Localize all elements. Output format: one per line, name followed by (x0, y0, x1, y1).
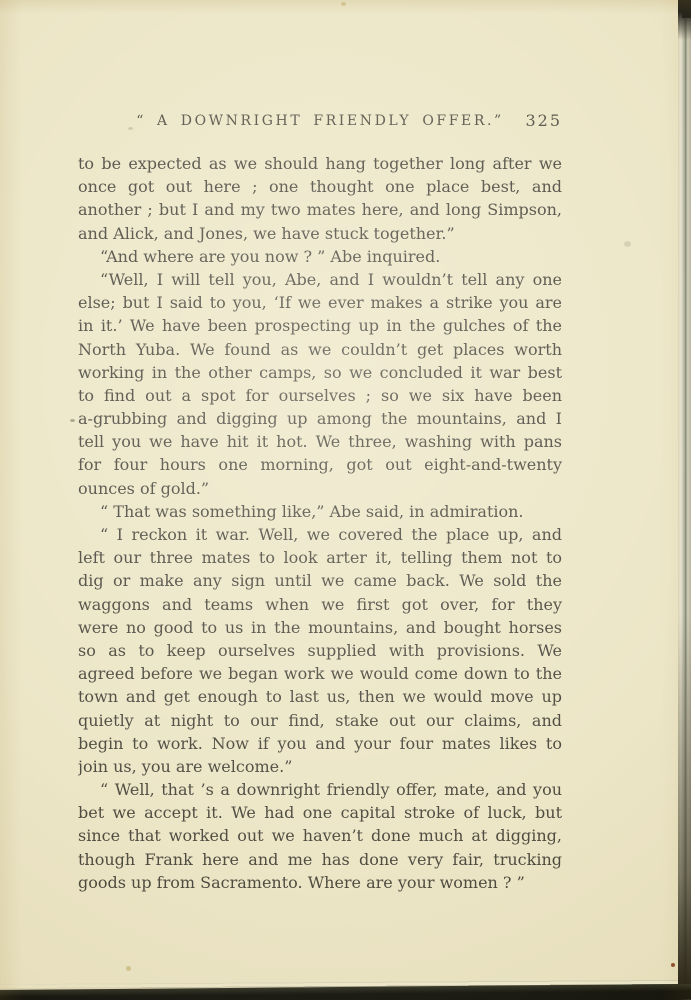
page-body-text: to be expected as we should hang togethe… (78, 152, 562, 894)
header-title: “ A DOWNRIGHT FRIENDLY OFFER.” (78, 110, 562, 132)
text-line: waggons and teams when we first got over… (78, 593, 562, 616)
text-line: once got out here ; one thought one plac… (78, 175, 562, 198)
text-line: in it.’ We have been prospecting up in t… (78, 314, 562, 337)
text-line: bet we accept it. We had one capital str… (78, 801, 562, 824)
text-line: dig or make any sign until we came back.… (78, 569, 562, 592)
text-line: tell you we have hit it hot. We three, w… (78, 430, 562, 453)
running-header: “ A DOWNRIGHT FRIENDLY OFFER.” 325 (78, 110, 562, 132)
book-page-scan: “ A DOWNRIGHT FRIENDLY OFFER.” 325 to be… (0, 0, 691, 1000)
text-line: working in the other camps, so we conclu… (78, 361, 562, 384)
text-line: a-grubbing and digging up among the moun… (78, 407, 562, 430)
text-line: though Frank here and me has done very f… (78, 848, 562, 871)
text-line: else; but I said to you, ‘If we ever mak… (78, 291, 562, 314)
text-line: “ I reckon it war. Well, we covered the … (78, 523, 562, 546)
text-line: “Well, I will tell you, Abe, and I would… (78, 268, 562, 291)
text-line: agreed before we began work we would com… (78, 662, 562, 685)
paper-speck (671, 963, 675, 967)
text-line: another ; but I and my two mates here, a… (78, 198, 562, 221)
book-fore-edge (678, 0, 691, 992)
text-line: “And where are you now ? ” Abe inquired. (78, 245, 562, 268)
paper-speck (624, 241, 631, 247)
text-line: begin to work. Now if you and your four … (78, 732, 562, 755)
paper-speck (341, 2, 346, 6)
text-line: goods up from Sacramento. Where are your… (78, 871, 562, 894)
page-number: 325 (525, 110, 562, 132)
paper-speck (128, 127, 133, 130)
text-line: join us, you are welcome.” (78, 755, 562, 778)
text-line: North Yuba. We found as we couldn’t get … (78, 338, 562, 361)
text-line: were no good to us in the mountains, and… (78, 616, 562, 639)
text-line: “ That was something like,” Abe said, in… (78, 500, 562, 523)
text-line: “ Well, that ’s a downright friendly off… (78, 778, 562, 801)
text-line: since that worked out we haven’t done mu… (78, 824, 562, 847)
paper-speck (70, 419, 75, 422)
text-line: town and get enough to last us, then we … (78, 685, 562, 708)
text-line: to find out a spot for ourselves ; so we… (78, 384, 562, 407)
text-line: quietly at night to our find, stake out … (78, 709, 562, 732)
text-line: ounces of gold.” (78, 477, 562, 500)
text-line: for four hours one morning, got out eigh… (78, 453, 562, 476)
text-line: to be expected as we should hang togethe… (78, 152, 562, 175)
text-line: and Alick, and Jones, we have stuck toge… (78, 222, 562, 245)
text-line: so as to keep ourselves supplied with pr… (78, 639, 562, 662)
scan-dark-corner (682, 0, 691, 18)
text-line: left our three mates to look arter it, t… (78, 546, 562, 569)
paper-speck (126, 966, 131, 971)
